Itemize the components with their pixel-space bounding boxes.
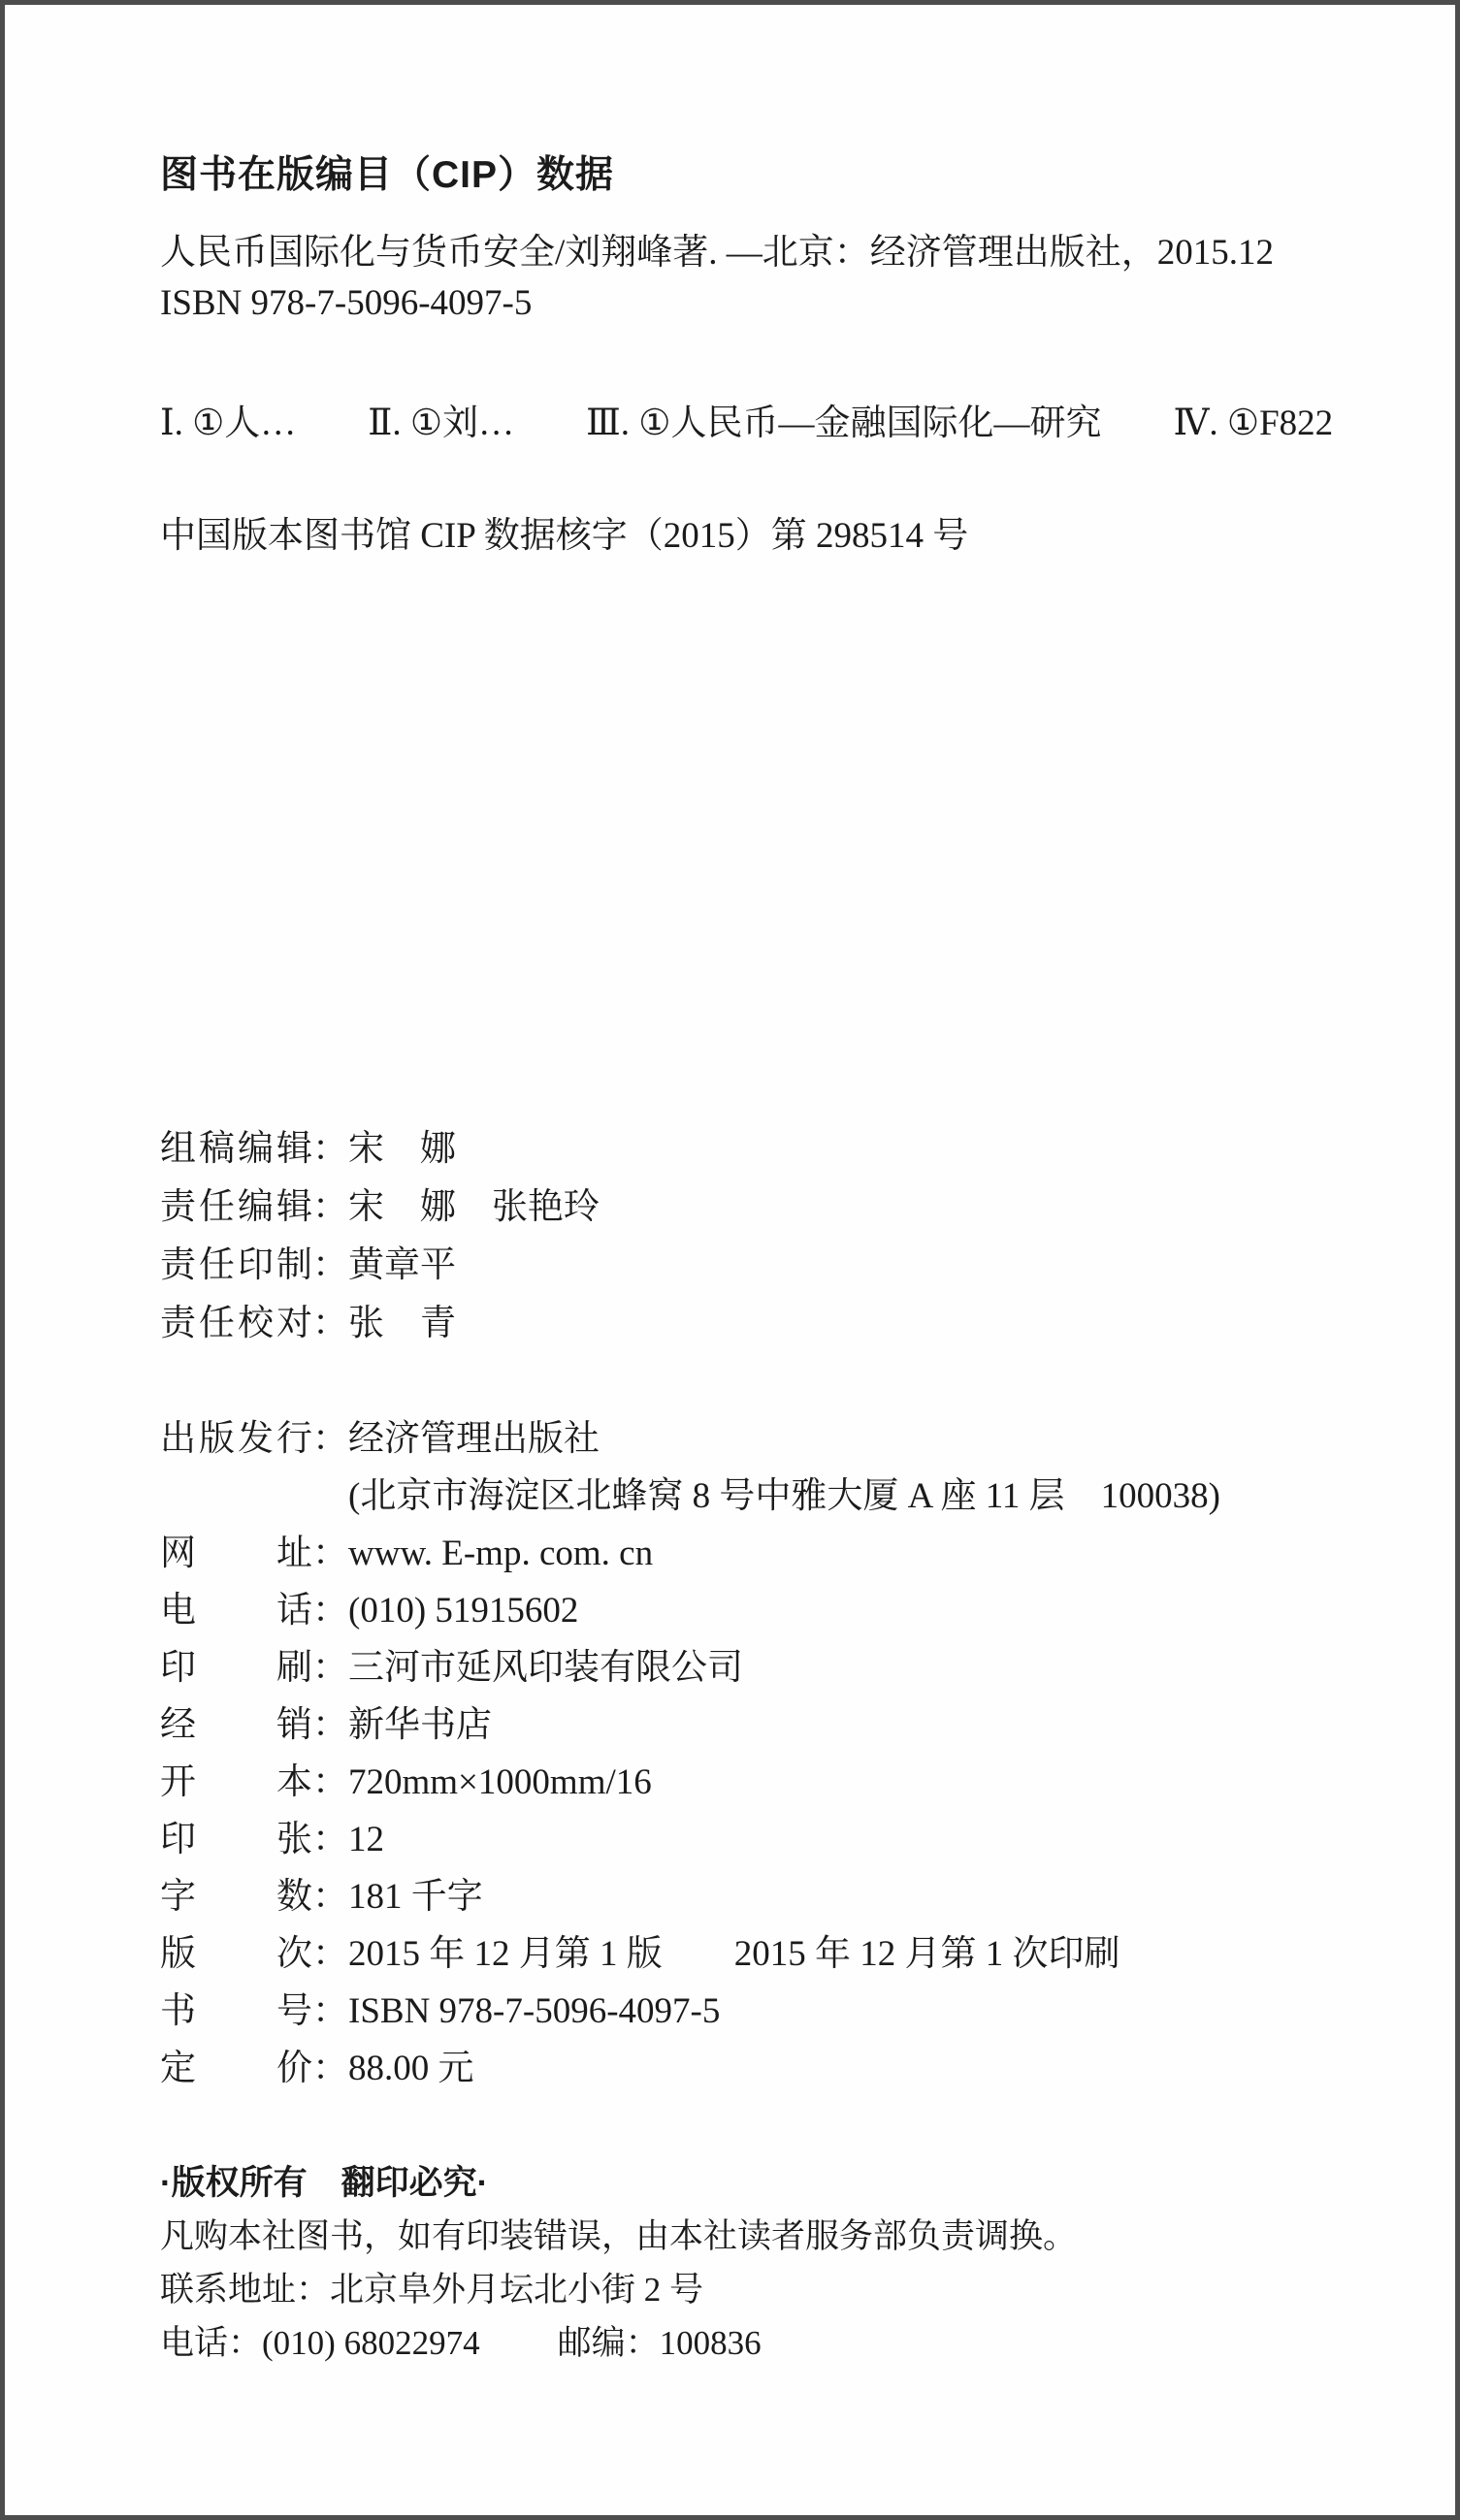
- contact-address-label: 联系地址: [160, 2271, 296, 2309]
- contact-phone-value: (010) 68022974: [262, 2324, 480, 2362]
- pub-value: 720mm×1000mm/16: [348, 1762, 652, 1802]
- postcode-label: 邮编: [558, 2324, 626, 2362]
- pub-row-price: 定价：88.00 元: [160, 2040, 1220, 2097]
- pub-value: 88.00 元: [348, 2049, 474, 2088]
- colon: ：: [312, 1991, 348, 2031]
- staff-label: 组稿编辑: [160, 1120, 312, 1179]
- pub-row-format: 开本：720mm×1000mm/16: [160, 1754, 1220, 1811]
- copyright-rights-line: ·版权所有 翻印必究·: [160, 2156, 1077, 2210]
- colon: ：: [296, 2271, 330, 2309]
- pub-label: 印张: [160, 1811, 312, 1868]
- pub-row-website: 网址：www. E-mp. com. cn: [160, 1525, 1220, 1582]
- pub-label: 电话: [160, 1582, 312, 1639]
- colon: ：: [312, 1419, 348, 1459]
- pub-value: (010) 51915602: [348, 1591, 578, 1631]
- staff-label: 责任校对: [160, 1295, 312, 1353]
- copyright-notice-block: ·版权所有 翻印必究· 凡购本社图书，如有印装错误，由本社读者服务部负责调换。 …: [160, 2156, 1077, 2370]
- pub-value: 181 千字: [348, 1877, 483, 1917]
- pub-row-edition: 版次：2015 年 12 月第 1 版 2015 年 12 月第 1 次印刷: [160, 1925, 1220, 1983]
- pub-row-distributor: 经销：新华书店: [160, 1696, 1220, 1754]
- pub-value: 经济管理出版社: [348, 1419, 600, 1459]
- colon: ：: [312, 1705, 348, 1745]
- contact-address-line: 联系地址：北京阜外月坛北小街 2 号: [160, 2263, 1077, 2316]
- pub-label: 书号: [160, 1983, 312, 2040]
- colon: ：: [312, 1762, 348, 1802]
- pub-row-word-count: 字数：181 千字: [160, 1868, 1220, 1925]
- cip-classification-line: Ⅰ. ①人… Ⅱ. ①刘… Ⅲ. ①人民币—金融国际化—研究 Ⅳ. ①F822: [160, 393, 1333, 445]
- colon: ：: [312, 1187, 348, 1227]
- pub-row-publisher: 出版发行：经济管理出版社: [160, 1410, 1220, 1468]
- colon: ：: [312, 1591, 348, 1631]
- staff-row-responsible-editor: 责任编辑：宋 娜 张艳玲: [160, 1179, 600, 1237]
- pub-value: 新华书店: [348, 1705, 492, 1745]
- colon: ：: [626, 2324, 660, 2362]
- pub-row-isbn: 书号：ISBN 978-7-5096-4097-5: [160, 1983, 1220, 2040]
- staff-value: 宋 娜 张艳玲: [348, 1187, 600, 1227]
- cip-entry-isbn-line: ISBN 978-7-5096-4097-5: [160, 282, 532, 324]
- pub-label: 出版发行: [160, 1410, 312, 1468]
- pub-value: www. E-mp. com. cn: [348, 1534, 653, 1573]
- pub-value: ISBN 978-7-5096-4097-5: [348, 1991, 720, 2031]
- colon: ：: [312, 1304, 348, 1343]
- pub-value: 12: [348, 1820, 384, 1859]
- staff-row-print-supervisor: 责任印制：黄章平: [160, 1237, 600, 1295]
- publication-info-block: 出版发行：经济管理出版社 (北京市海淀区北蜂窝 8 号中雅大厦 A 座 11 层…: [160, 1410, 1220, 2097]
- colon: ：: [312, 1129, 348, 1169]
- colon: ：: [312, 1534, 348, 1573]
- pub-row-publisher-address: (北京市海淀区北蜂窝 8 号中雅大厦 A 座 11 层 100038): [160, 1468, 1220, 1525]
- pub-label: 印刷: [160, 1639, 312, 1696]
- pub-row-sheets: 印张：12: [160, 1811, 1220, 1868]
- pub-row-telephone: 电话：(010) 51915602: [160, 1582, 1220, 1639]
- colon: ：: [312, 1877, 348, 1917]
- book-copyright-page: 图书在版编目（CIP）数据 人民币国际化与货币安全/刘翔峰著. —北京：经济管理…: [0, 0, 1460, 2520]
- cip-record-number-line: 中国版本图书馆 CIP 数据核字（2015）第 298514 号: [160, 505, 968, 558]
- pub-value: 三河市延风印装有限公司: [348, 1648, 743, 1688]
- colon: ：: [312, 2049, 348, 2088]
- pub-row-printer: 印刷：三河市延风印装有限公司: [160, 1639, 1220, 1696]
- pub-label: 网址: [160, 1525, 312, 1582]
- staff-credits-block: 组稿编辑：宋 娜 责任编辑：宋 娜 张艳玲 责任印制：黄章平 责任校对：张 青: [160, 1120, 600, 1353]
- colon: ：: [312, 1648, 348, 1688]
- contact-phone-label: 电话: [160, 2324, 228, 2362]
- colon: ：: [228, 2324, 262, 2362]
- postcode-value: 100836: [660, 2324, 762, 2362]
- colon: ：: [312, 1934, 348, 1974]
- contact-phone-line: 电话：(010) 68022974邮编：100836: [160, 2316, 1077, 2370]
- pub-value: (北京市海淀区北蜂窝 8 号中雅大厦 A 座 11 层 100038): [348, 1476, 1220, 1516]
- cip-header: 图书在版编目（CIP）数据: [160, 145, 614, 199]
- colon: ：: [312, 1820, 348, 1859]
- staff-label: 责任印制: [160, 1237, 312, 1295]
- staff-value: 张 青: [348, 1304, 456, 1343]
- colon: ：: [312, 1245, 348, 1285]
- staff-row-acquisition-editor: 组稿编辑：宋 娜: [160, 1120, 600, 1179]
- pub-label: 经销: [160, 1696, 312, 1754]
- contact-address-value: 北京阜外月坛北小街 2 号: [330, 2271, 703, 2309]
- postcode-group: 邮编：100836: [558, 2324, 762, 2362]
- exchange-policy-line: 凡购本社图书，如有印装错误，由本社读者服务部负责调换。: [160, 2210, 1077, 2263]
- pub-label: 开本: [160, 1754, 312, 1811]
- staff-row-proofreader: 责任校对：张 青: [160, 1295, 600, 1353]
- staff-value: 黄章平: [348, 1245, 456, 1285]
- pub-value: 2015 年 12 月第 1 版 2015 年 12 月第 1 次印刷: [348, 1934, 1120, 1974]
- pub-label: 字数: [160, 1868, 312, 1925]
- pub-label: 定价: [160, 2040, 312, 2097]
- pub-label: 版次: [160, 1925, 312, 1983]
- staff-label: 责任编辑: [160, 1179, 312, 1237]
- staff-value: 宋 娜: [348, 1129, 456, 1169]
- cip-entry-title-line: 人民币国际化与货币安全/刘翔峰著. —北京：经济管理出版社，2015.12: [160, 222, 1274, 275]
